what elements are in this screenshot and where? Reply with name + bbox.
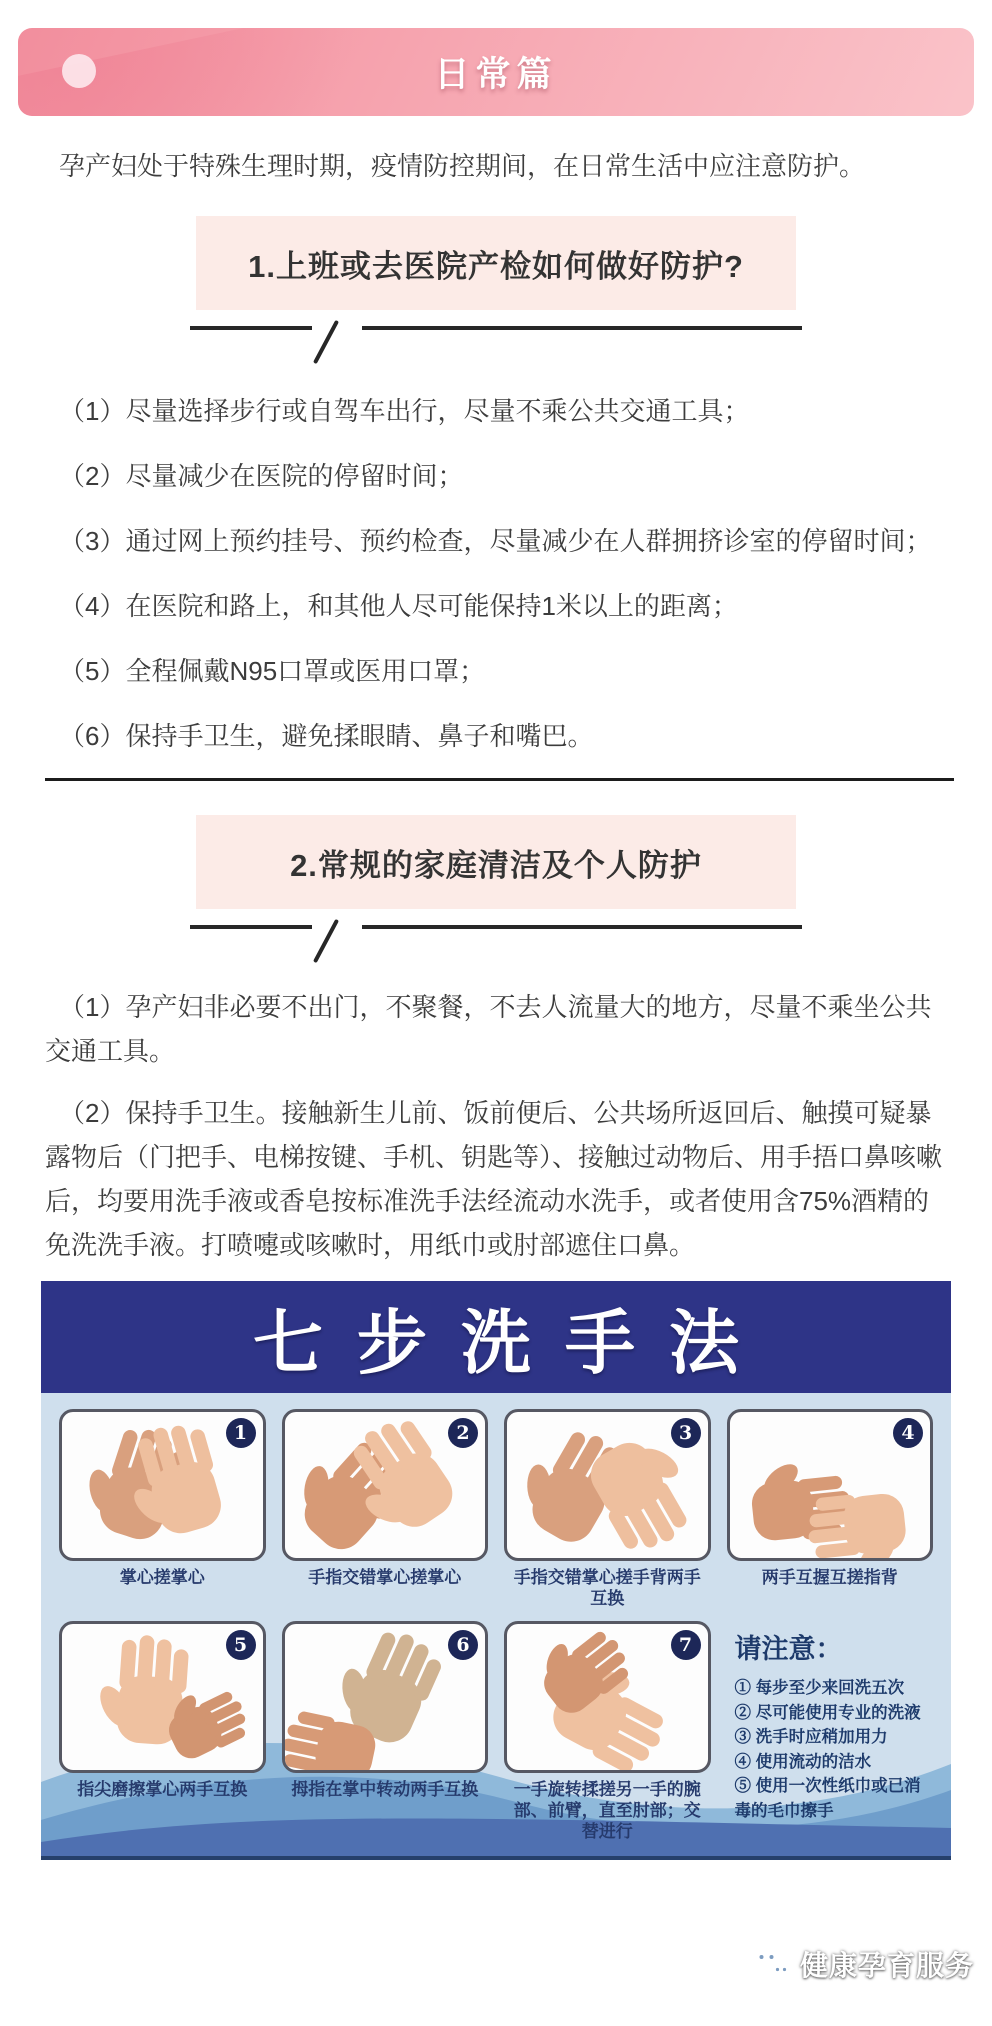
- step-caption: 一手旋转揉搓另一手的腕部、前臂，直至肘部；交替进行: [504, 1779, 711, 1842]
- step-card-2: 2 手指交错掌心搓掌心: [282, 1409, 489, 1613]
- divider-slash: [313, 919, 339, 963]
- handwashing-poster: 七步洗手法 1 掌心搓掌心: [41, 1281, 951, 1860]
- step-caption: 指尖磨擦掌心两手互换: [59, 1779, 266, 1825]
- step-number-badge: 6: [448, 1630, 478, 1660]
- list-item: （1）尽量选择步行或自驾车出行，尽量不乘公共交通工具；: [45, 390, 954, 433]
- step-image: 4: [727, 1409, 934, 1561]
- note-item: ② 尽可能使用专业的洗液: [735, 1701, 934, 1726]
- step-number-badge: 3: [671, 1418, 701, 1448]
- step-caption: 手指交错掌心搓掌心: [282, 1567, 489, 1613]
- poster-title: 七步洗手法: [219, 1287, 773, 1388]
- poster-header: 七步洗手法: [41, 1281, 951, 1393]
- step-number-badge: 1: [226, 1418, 256, 1448]
- note-item: ③ 洗手时应稍加用力: [735, 1725, 934, 1750]
- section-banner: 日常篇: [18, 28, 974, 116]
- list-item: （3）通过网上预约挂号、预约检查，尽量减少在人群拥挤诊室的停留时间；: [45, 520, 954, 563]
- step-image: 6: [282, 1621, 489, 1773]
- step-image: 1: [59, 1409, 266, 1561]
- section-2-title: 2.常规的家庭清洁及个人防护: [290, 840, 702, 885]
- step-card-1: 1 掌心搓掌心: [59, 1409, 266, 1613]
- paragraph: （2）保持手卫生。接触新生儿前、饭前便后、公共场所返回后、触摸可疑暴露物后（门把…: [45, 1091, 954, 1267]
- step-card-5: 5 指尖磨擦掌心两手互换: [59, 1621, 266, 1842]
- step-number-badge: 4: [893, 1418, 923, 1448]
- banner-dot-decoration: [62, 54, 96, 88]
- horizontal-rule: [45, 778, 954, 781]
- step-number-badge: 7: [671, 1630, 701, 1660]
- section-1-divider: [190, 320, 802, 368]
- poster-body: 1 掌心搓掌心 2 手指交错掌心搓掌心: [41, 1393, 951, 1856]
- steps-grid: 1 掌心搓掌心 2 手指交错掌心搓掌心: [59, 1409, 933, 1842]
- section-2-header: 2.常规的家庭清洁及个人防护: [196, 815, 796, 909]
- step-number-badge: 2: [448, 1418, 478, 1448]
- list-item: （5）全程佩戴N95口罩或医用口罩；: [45, 650, 954, 693]
- list-item: （6）保持手卫生，避免揉眼睛、鼻子和嘴巴。: [45, 715, 954, 758]
- step-image: 3: [504, 1409, 711, 1561]
- intro-paragraph: 孕产妇处于特殊生理时期，疫情防控期间，在日常生活中应注意防护。: [45, 144, 954, 188]
- divider-line-right: [362, 326, 802, 330]
- note-item: ④ 使用流动的洁水: [735, 1750, 934, 1775]
- banner-title: 日常篇: [434, 47, 557, 97]
- note-title: 请注意：: [735, 1627, 934, 1666]
- note-item: ⑤ 使用一次性纸巾或已消毒的毛巾擦手: [735, 1774, 934, 1823]
- note-item: ① 每步至少来回洗五次: [735, 1676, 934, 1701]
- list-item: （2）尽量减少在医院的停留时间；: [45, 455, 954, 498]
- step-number-badge: 5: [226, 1630, 256, 1660]
- step-image: 5: [59, 1621, 266, 1773]
- wechat-icon: [750, 1944, 794, 1984]
- step-caption: 手指交错掌心搓手背两手互换: [504, 1567, 711, 1613]
- divider-slash: [313, 320, 339, 364]
- section-1-header: 1.上班或去医院产检如何做好防护?: [196, 216, 796, 310]
- watermark: 健康孕育服务: [750, 1944, 974, 1984]
- list-item: （4）在医院和路上，和其他人尽可能保持1米以上的距离；: [45, 585, 954, 628]
- section-2-divider: [190, 919, 802, 967]
- divider-line-left: [190, 326, 312, 330]
- paragraph: （1）孕产妇非必要不出门，不聚餐，不去人流量大的地方，尽量不乘坐公共交通工具。: [45, 985, 954, 1073]
- note-panel: 请注意： ① 每步至少来回洗五次 ② 尽可能使用专业的洗液 ③ 洗手时应稍加用力…: [727, 1621, 934, 1842]
- watermark-text: 健康孕育服务: [800, 1944, 974, 1984]
- step-image: 2: [282, 1409, 489, 1561]
- step-card-7: 7 一手旋转揉搓另一手的腕部、前臂，直至肘部；交替进行: [504, 1621, 711, 1842]
- step-caption: 两手互握互搓指背: [727, 1567, 934, 1613]
- page: 日常篇 孕产妇处于特殊生理时期，疫情防控期间，在日常生活中应注意防护。 1.上班…: [0, 0, 992, 2026]
- divider-line-right: [362, 925, 802, 929]
- step-caption: 掌心搓掌心: [59, 1567, 266, 1613]
- divider-line-left: [190, 925, 312, 929]
- step-image: 7: [504, 1621, 711, 1773]
- step-caption: 拇指在掌中转动两手互换: [282, 1779, 489, 1825]
- step-card-3: 3 手指交错掌心搓手背两手互换: [504, 1409, 711, 1613]
- step-card-4: 4 两手互握互搓指背: [727, 1409, 934, 1613]
- section-1-title: 1.上班或去医院产检如何做好防护?: [248, 241, 744, 286]
- step-card-6: 6 拇指在掌中转动两手互换: [282, 1621, 489, 1842]
